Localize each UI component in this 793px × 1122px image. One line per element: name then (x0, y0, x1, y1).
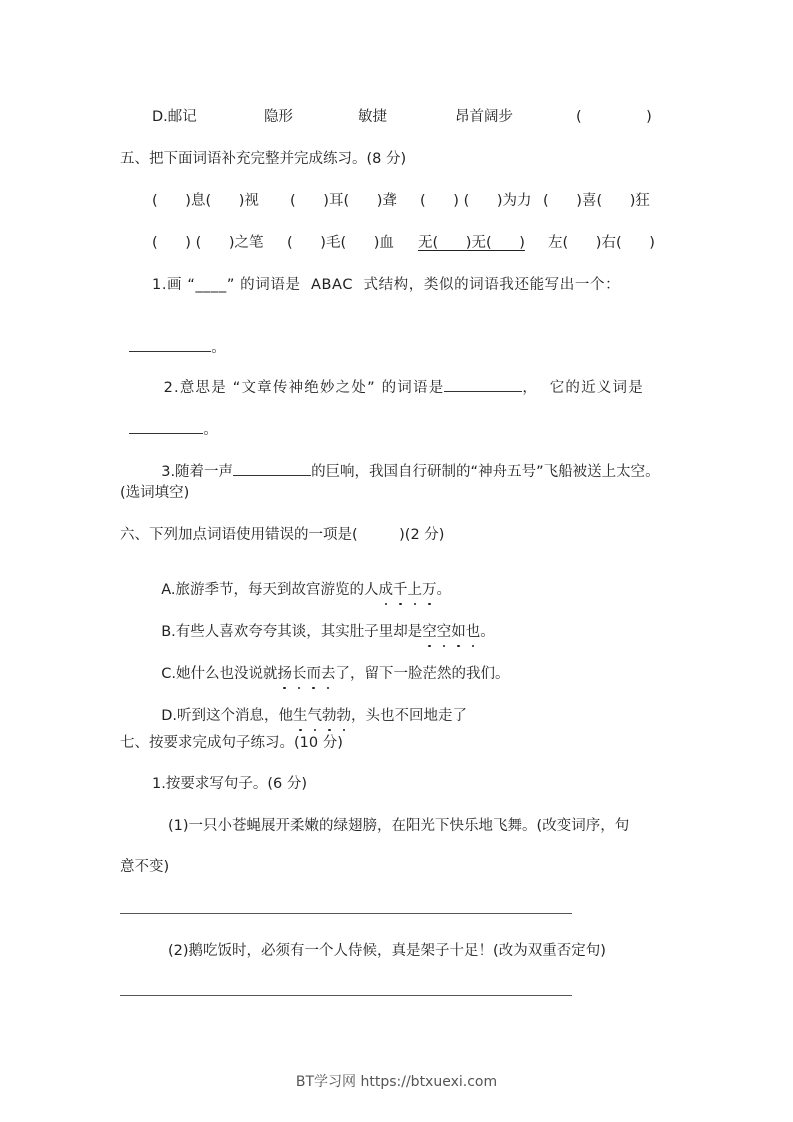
q2-blank-2[interactable] (129, 419, 203, 434)
section5-q1-answer-line[interactable]: 。 (120, 317, 226, 358)
answer-line-1[interactable] (120, 913, 572, 914)
section5-q2-answer-line[interactable]: 。 (120, 399, 218, 440)
option-suffix: 。 (480, 624, 495, 640)
q2-blank-1[interactable] (444, 377, 522, 392)
emphasis-char: 气 (308, 706, 323, 726)
emphasis-char: 成 (379, 580, 394, 600)
dotted-word: 扬长而去 (277, 666, 335, 682)
idiom-fill-5[interactable]: ( ) ( )之笔 (152, 233, 264, 253)
emphasis-char: 如 (451, 622, 466, 642)
section5-q2: 2.意思是 “文章传神绝妙之处” 的词语是， 它的近义词是 (152, 357, 644, 398)
section5-q3-note: (选词填空) (120, 483, 189, 503)
section6-option-a[interactable]: A.旅游季节，每天到故宫游览的人成千上万。 (152, 560, 451, 600)
section6-title: 六、下列加点词语使用错误的一项是( )(2 分) (120, 525, 444, 545)
q3-text-b: 的巨响，我国自行研制的“神舟五号”飞船被送上太空。 (311, 464, 660, 480)
section6-option-d[interactable]: D.听到这个消息，他生气勃勃，头也不回地走了 (152, 686, 467, 726)
section6-option-b[interactable]: B.有些人喜欢夸夸其谈，其实肚子里却是空空如也。 (152, 602, 495, 642)
option-text: A.旅游季节，每天到故宫游览的人 (161, 582, 378, 598)
option-suffix: 了，留下一脸茫然的我们。 (335, 666, 509, 682)
q4-option-d-word-2: 敏捷 (358, 107, 387, 127)
period: 。 (211, 340, 226, 356)
idiom-fill-7-underlined[interactable]: 无( )无( ) (418, 233, 525, 253)
idiom-fill-8[interactable]: 左( )右( ) (548, 233, 655, 253)
idiom-fill-6[interactable]: ( )毛( )血 (287, 233, 394, 253)
footer-watermark: BT学习网 https://btxuexi.com (0, 1071, 793, 1091)
section5-q3: 3.随着一声的巨响，我国自行研制的“神舟五号”飞船被送上太空。 (152, 441, 660, 482)
emphasis-char: 去 (321, 664, 336, 684)
dotted-word: 空空如也 (422, 624, 480, 640)
idiom-fill-2[interactable]: ( )耳( )聋 (290, 191, 397, 211)
emphasis-char: 空 (422, 622, 437, 642)
section6-option-c[interactable]: C.她什么也没说就扬长而去了，留下一脸茫然的我们。 (152, 644, 509, 684)
emphasis-char: 万 (422, 580, 437, 600)
answer-line-2[interactable] (120, 995, 572, 996)
emphasis-char: 也 (466, 622, 481, 642)
emphasis-char: 千 (393, 580, 408, 600)
section7-item1-line2: 意不变) (120, 857, 169, 877)
emphasis-char: 空 (437, 622, 452, 642)
option-text: B.有些人喜欢夸夸其谈，其实肚子里却是 (161, 624, 422, 640)
option-text: C.她什么也没说就 (161, 666, 277, 682)
section7-item2: (2)鹅吃饭时，必须有一个人侍候，真是架子十足！(改为双重否定句) (168, 941, 606, 961)
idiom-fill-4[interactable]: ( )喜( )狂 (543, 191, 650, 211)
emphasis-char: 扬 (277, 664, 292, 684)
q4-option-d-label: D.邮记 (152, 107, 197, 127)
q4-option-d-word-1: 隐形 (264, 107, 293, 127)
emphasis-char: 生 (293, 706, 308, 726)
q2-text-a: 2.意思是 “文章传神绝妙之处” 的词语是 (164, 380, 445, 396)
dotted-word: 生气勃勃 (293, 708, 351, 724)
emphasis-char: 而 (306, 664, 321, 684)
emphasis-char: 长 (292, 664, 307, 684)
option-suffix: ，头也不回地走了 (351, 708, 467, 724)
option-suffix: 。 (437, 582, 452, 598)
option-text: D.听到这个消息，他 (161, 708, 293, 724)
answer-blank[interactable] (129, 337, 211, 352)
section7-title: 七、按要求完成句子练习。(10 分) (120, 733, 343, 753)
idiom-fill-1[interactable]: ( )息( )视 (152, 191, 259, 211)
q2-text-b: ， 它的近义词是 (522, 380, 644, 396)
idiom-fill-3[interactable]: ( ) ( )为力 (420, 191, 532, 211)
q3-blank[interactable] (233, 461, 311, 476)
section7-sub1: 1.按要求写句子。(6 分) (152, 774, 307, 794)
section5-q1: 1.画 “____” 的词语是 ABAC 式结构，类似的词语我还能写出一个： (152, 275, 620, 295)
emphasis-char: 勃 (322, 706, 337, 726)
section5-title: 五、把下面词语补充完整并完成练习。(8 分) (120, 149, 406, 169)
q3-text-a: 3.随着一声 (161, 464, 233, 480)
dotted-word: 成千上万 (379, 582, 437, 598)
emphasis-char: 上 (408, 580, 423, 600)
q4-option-d-word-3: 昂首阔步 (455, 107, 513, 127)
q4-answer-paren[interactable]: ( ) (576, 107, 652, 127)
emphasis-char: 勃 (337, 706, 352, 726)
period: 。 (203, 422, 218, 438)
section7-item1-line1: (1)一只小苍蝇展开柔嫩的绿翅膀，在阳光下快乐地飞舞。(改变词序，句 (168, 816, 629, 836)
